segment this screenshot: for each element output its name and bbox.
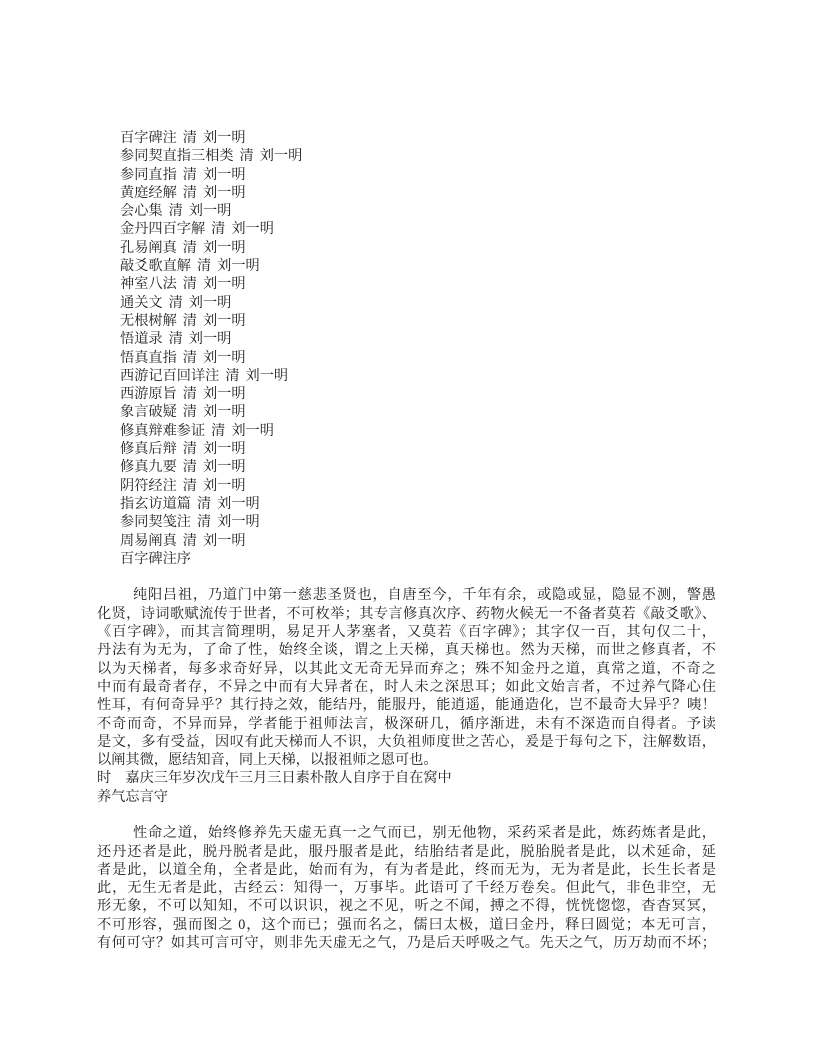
book-dynasty: 清 bbox=[240, 147, 254, 165]
book-title: 黄庭经解 bbox=[120, 184, 177, 202]
book-title: 悟道录 bbox=[120, 330, 163, 348]
book-entry: 悟道录 清 刘一明 bbox=[120, 330, 716, 348]
book-entry: 无根树解 清 刘一明 bbox=[120, 312, 716, 330]
book-title: 西游原旨 bbox=[120, 385, 177, 403]
book-title: 悟真直指 bbox=[120, 349, 177, 367]
book-entry: 周易阐真 清 刘一明 bbox=[120, 532, 716, 550]
commentary-section: 性命之道，始终修养先天虚无真一之气而已，别无他物，采药采者是此，炼药炼者是此， … bbox=[97, 824, 716, 952]
verse-heading: 养气忘言守 bbox=[97, 788, 716, 806]
book-title: 参同契笺注 bbox=[120, 513, 191, 531]
book-title: 指玄访道篇 bbox=[120, 495, 191, 513]
book-entry: 修真后辩 清 刘一明 bbox=[120, 440, 716, 458]
book-entry: 修真九要 清 刘一明 bbox=[120, 458, 716, 476]
book-title: 阴符经注 bbox=[120, 477, 177, 495]
book-dynasty: 清 bbox=[183, 440, 197, 458]
commentary-line: 形无象，不可以知知，不可以识识，视之不见，听之不闻，搏之不得，恍恍惚惚，杳杳冥冥… bbox=[97, 897, 716, 915]
book-dynasty: 清 bbox=[225, 367, 239, 385]
book-entry: 修真辩难参证 清 刘一明 bbox=[120, 422, 716, 440]
book-author: 刘一明 bbox=[203, 458, 246, 476]
book-title: 象言破疑 bbox=[120, 403, 177, 421]
book-title: 神室八法 bbox=[120, 275, 177, 293]
book-dynasty: 清 bbox=[169, 294, 183, 312]
preface-line: 不奇而奇，不异而异，学者能于祖师法言，极深研几，循序渐进，未有不深造而自得者。予… bbox=[97, 715, 716, 733]
commentary-line: 此，无生无者是此，古经云：知得一，万事毕。此语可了千经万卷矣。但此气，非色非空，… bbox=[97, 879, 716, 897]
book-author: 刘一明 bbox=[203, 532, 246, 550]
book-dynasty: 清 bbox=[211, 422, 225, 440]
book-title: 无根树解 bbox=[120, 312, 177, 330]
book-title: 通关文 bbox=[120, 294, 163, 312]
preface-title: 百字碑注序 bbox=[120, 550, 716, 568]
book-title: 百字碑注 bbox=[120, 129, 177, 147]
book-entry: 通关文 清 刘一明 bbox=[120, 294, 716, 312]
commentary-line: 不可形容，强而图之 0，这个而已；强而名之，儒曰太极，道曰金丹，释曰圆觉；本无可… bbox=[97, 916, 716, 934]
book-title: 修真辩难参证 bbox=[120, 422, 205, 440]
book-author: 刘一明 bbox=[203, 312, 246, 330]
book-entry: 孔易阐真 清 刘一明 bbox=[120, 239, 716, 257]
book-dynasty: 清 bbox=[169, 202, 183, 220]
book-author: 刘一明 bbox=[231, 220, 274, 238]
book-author: 刘一明 bbox=[203, 440, 246, 458]
book-author: 刘一明 bbox=[203, 385, 246, 403]
preface-line: 性耳，有何奇异乎？其行持之效，能结丹，能服丹，能逍遥，能通造化，岂不最奇大异乎？… bbox=[97, 696, 716, 714]
book-entry: 会心集 清 刘一明 bbox=[120, 202, 716, 220]
book-author: 刘一明 bbox=[203, 275, 246, 293]
book-author: 刘一明 bbox=[203, 349, 246, 367]
book-entry: 百字碑注 清 刘一明 bbox=[120, 129, 716, 147]
book-dynasty: 清 bbox=[183, 403, 197, 421]
commentary-line: 还丹还者是此，脱丹脱者是此，服丹服者是此，结胎结者是此，脱胎脱者是此，以术延命，… bbox=[97, 843, 716, 861]
preface-line: 丹法有为无为，了命了性，始终全谈，谓之上天梯，真天梯也。然为天梯，而世之修真者，… bbox=[97, 641, 716, 659]
preface-line: 化贤，诗词歌赋流传于世者，不可枚举；其专言修真次序、药物火候无一不备者莫若《敲爻… bbox=[97, 605, 716, 623]
book-author: 刘一明 bbox=[203, 129, 246, 147]
book-entry: 指玄访道篇 清 刘一明 bbox=[120, 495, 716, 513]
preface-date-line: 时 嘉庆三年岁次戊午三月三日素朴散人自序于自在窝中 bbox=[97, 769, 716, 787]
book-dynasty: 清 bbox=[183, 458, 197, 476]
book-entry: 金丹四百字解 清 刘一明 bbox=[120, 220, 716, 238]
book-dynasty: 清 bbox=[183, 166, 197, 184]
book-author: 刘一明 bbox=[217, 495, 260, 513]
book-title: 周易阐真 bbox=[120, 532, 177, 550]
preface-line: 中而有最奇者存，不异之中而有大异者在，时人未之深思耳；如此文始言者，不过养气降心… bbox=[97, 678, 716, 696]
book-dynasty: 清 bbox=[183, 477, 197, 495]
book-entry: 黄庭经解 清 刘一明 bbox=[120, 184, 716, 202]
book-title: 参同契直指三相类 bbox=[120, 147, 234, 165]
book-entry: 神室八法 清 刘一明 bbox=[120, 275, 716, 293]
book-author: 刘一明 bbox=[203, 166, 246, 184]
book-title: 金丹四百字解 bbox=[120, 220, 205, 238]
book-author: 刘一明 bbox=[231, 422, 274, 440]
book-dynasty: 清 bbox=[197, 257, 211, 275]
commentary-line: 有何可守？如其可言可守，则非先天虚无之气，乃是后天呼吸之气。先天之气，历万劫而不… bbox=[97, 934, 716, 952]
book-dynasty: 清 bbox=[211, 220, 225, 238]
book-title: 修真九要 bbox=[120, 458, 177, 476]
book-entry: 西游原旨 清 刘一明 bbox=[120, 385, 716, 403]
blank-line bbox=[97, 568, 716, 586]
book-dynasty: 清 bbox=[183, 275, 197, 293]
book-dynasty: 清 bbox=[169, 330, 183, 348]
book-dynasty: 清 bbox=[183, 385, 197, 403]
book-dynasty: 清 bbox=[197, 513, 211, 531]
book-author: 刘一明 bbox=[189, 330, 232, 348]
book-author: 刘一明 bbox=[203, 239, 246, 257]
book-dynasty: 清 bbox=[183, 349, 197, 367]
book-author: 刘一明 bbox=[203, 184, 246, 202]
book-author: 刘一明 bbox=[203, 477, 246, 495]
blank-line bbox=[97, 806, 716, 824]
book-title: 会心集 bbox=[120, 202, 163, 220]
book-dynasty: 清 bbox=[183, 239, 197, 257]
book-author: 刘一明 bbox=[217, 257, 260, 275]
book-title: 敲爻歌直解 bbox=[120, 257, 191, 275]
preface-line: 以为天梯者，每多求奇好异，以其此文无奇无异而弃之；殊不知金丹之道，真常之道，不奇… bbox=[97, 660, 716, 678]
book-author: 刘一明 bbox=[260, 147, 303, 165]
book-author: 刘一明 bbox=[203, 403, 246, 421]
book-title: 西游记百回详注 bbox=[120, 367, 219, 385]
book-dynasty: 清 bbox=[183, 312, 197, 330]
book-title: 修真后辩 bbox=[120, 440, 177, 458]
book-dynasty: 清 bbox=[183, 532, 197, 550]
book-entry: 参同契笺注 清 刘一明 bbox=[120, 513, 716, 531]
document-page: 百字碑注 清 刘一明 参同契直指三相类 清 刘一明 参同直指 清 刘一明 bbox=[0, 0, 816, 1056]
book-entry: 参同契直指三相类 清 刘一明 bbox=[120, 147, 716, 165]
preface-line: 《百字碑》，而其言简理明，易足开人茅塞者，又莫若《百字碑》；其字仅一百，其句仅二… bbox=[97, 623, 716, 641]
book-title: 参同直指 bbox=[120, 166, 177, 184]
page-content: 百字碑注 清 刘一明 参同契直指三相类 清 刘一明 参同直指 清 刘一明 bbox=[97, 129, 716, 952]
book-author: 刘一明 bbox=[217, 513, 260, 531]
book-entry: 参同直指 清 刘一明 bbox=[120, 166, 716, 184]
book-title: 孔易阐真 bbox=[120, 239, 177, 257]
book-entry: 阴符经注 清 刘一明 bbox=[120, 477, 716, 495]
book-dynasty: 清 bbox=[183, 184, 197, 202]
preface-line: 是文，多有受益，因叹有此天梯而人不识，大负祖师度世之苦心，爰是于每句之下，注解数… bbox=[97, 733, 716, 751]
preface-line: 纯阳吕祖，乃道门中第一慈悲圣贤也，自唐至今，千年有余，或隐或显，隐显不测，警愚 bbox=[97, 586, 716, 604]
book-entry: 象言破疑 清 刘一明 bbox=[120, 403, 716, 421]
book-author: 刘一明 bbox=[189, 202, 232, 220]
book-author: 刘一明 bbox=[246, 367, 289, 385]
book-entry: 悟真直指 清 刘一明 bbox=[120, 349, 716, 367]
commentary-line: 性命之道，始终修养先天虚无真一之气而已，别无他物，采药采者是此，炼药炼者是此， bbox=[97, 824, 716, 842]
book-dynasty: 清 bbox=[183, 129, 197, 147]
book-author: 刘一明 bbox=[189, 294, 232, 312]
book-list: 百字碑注 清 刘一明 参同契直指三相类 清 刘一明 参同直指 清 刘一明 bbox=[97, 129, 716, 550]
book-entry: 敲爻歌直解 清 刘一明 bbox=[120, 257, 716, 275]
preface-line: 以阐其微，愿结知音，同上天梯，以报祖师之恩可也。 bbox=[97, 751, 716, 769]
book-dynasty: 清 bbox=[197, 495, 211, 513]
book-entry: 西游记百回详注 清 刘一明 bbox=[120, 367, 716, 385]
preface-section: 纯阳吕祖，乃道门中第一慈悲圣贤也，自唐至今，千年有余，或隐或显，隐显不测，警愚 … bbox=[97, 586, 716, 769]
commentary-line: 者是此，以道全角，全者是此，始而有为，有为者是此，终而无为，无为者是此，长生长者… bbox=[97, 861, 716, 879]
